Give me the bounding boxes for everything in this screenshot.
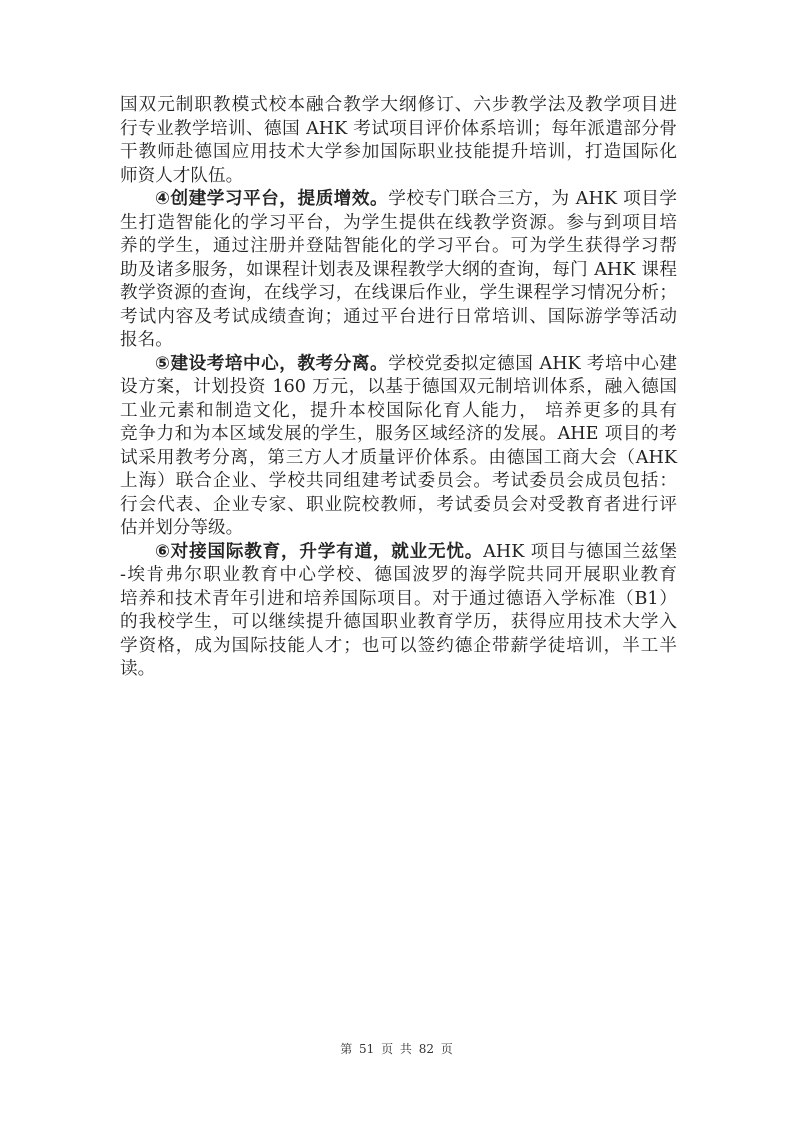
- text-line: 干教师赴德国应用技术大学参加国际职业技能提升培训，打造国际化: [120, 141, 677, 165]
- paragraph-first-line: ④创建学习平台，提质增效。学校专门联合三方，为 AHK 项目学: [120, 188, 677, 212]
- text-line: 助及诸多服务，如课程计划表及课程教学大纲的查询，每门 AHK 课程: [120, 259, 677, 283]
- paragraph-heading: ⑤建设考培中心，教考分离。: [155, 354, 388, 374]
- paragraph-first-line: ⑥对接国际教育，升学有道，就业无忧。AHK 项目与德国兰兹堡: [120, 541, 677, 565]
- text-line: 上海）联合企业、学校共同组建考试委员会。考试委员会成员包括：: [120, 470, 677, 494]
- text-span: 学校专门联合三方，为 AHK 项目学: [388, 189, 677, 209]
- text-line: 的我校学生，可以继续提升德国职业教育学历，获得应用技术大学入: [120, 611, 677, 635]
- text-line: 竞争力和为本区域发展的学生，服务区域经济的发展。AHE 项目的考: [120, 423, 677, 447]
- paragraph-exam-center: ⑤建设考培中心，教考分离。学校党委拟定德国 AHK 考培中心建 设方案，计划投资…: [120, 353, 677, 541]
- text-span: 学校党委拟定德国 AHK 考培中心建: [388, 354, 677, 374]
- paragraph-learning-platform: ④创建学习平台，提质增效。学校专门联合三方，为 AHK 项目学 生打造智能化的学…: [120, 188, 677, 353]
- page-number-footer: 第 51 页 共 82 页: [0, 1040, 793, 1057]
- text-line: 行会代表、企业专家、职业院校教师，考试委员会对受教育者进行评: [120, 494, 677, 518]
- paragraph-heading: ⑥对接国际教育，升学有道，就业无忧。: [155, 542, 483, 562]
- text-span: AHK 项目与德国兰兹堡: [483, 542, 677, 562]
- text-line: 设方案，计划投资 160 万元，以基于德国双元制培训体系，融入德国: [120, 376, 677, 400]
- paragraph-first-line: ⑤建设考培中心，教考分离。学校党委拟定德国 AHK 考培中心建: [120, 353, 677, 377]
- text-line: 估并划分等级。: [120, 517, 677, 541]
- text-line: 师资人才队伍。: [120, 165, 677, 189]
- paragraph-heading: ④创建学习平台，提质增效。: [155, 189, 388, 209]
- text-line: 生打造智能化的学习平台，为学生提供在线教学资源。参与到项目培: [120, 212, 677, 236]
- text-line: 国双元制职教模式校本融合教学大纲修订、六步教学法及教学项目进: [120, 94, 677, 118]
- document-body: 国双元制职教模式校本融合教学大纲修订、六步教学法及教学项目进 行专业教学培训、德…: [120, 94, 677, 682]
- text-line: 培养和技术青年引进和培养国际项目。对于通过德语入学标准（B1）: [120, 588, 677, 612]
- text-line: 养的学生，通过注册并登陆智能化的学习平台。可为学生获得学习帮: [120, 235, 677, 259]
- paragraph-international-education: ⑥对接国际教育，升学有道，就业无忧。AHK 项目与德国兰兹堡 -埃肯弗尔职业教育…: [120, 541, 677, 682]
- text-line: 报名。: [120, 329, 677, 353]
- text-line: 考试内容及考试成绩查询；通过平台进行日常培训、国际游学等活动: [120, 306, 677, 330]
- text-line: 工业元素和制造文化，提升本校国际化育人能力， 培养更多的具有: [120, 400, 677, 424]
- paragraph-continuation: 国双元制职教模式校本融合教学大纲修订、六步教学法及教学项目进 行专业教学培训、德…: [120, 94, 677, 188]
- text-line: 读。: [120, 658, 677, 682]
- text-line: 行专业教学培训、德国 AHK 考试项目评价体系培训；每年派遣部分骨: [120, 118, 677, 142]
- text-line: -埃肯弗尔职业教育中心学校、德国波罗的海学院共同开展职业教育: [120, 564, 677, 588]
- text-line: 学资格，成为国际技能人才；也可以签约德企带薪学徒培训，半工半: [120, 635, 677, 659]
- text-line: 教学资源的查询，在线学习，在线课后作业，学生课程学习情况分析；: [120, 282, 677, 306]
- text-line: 试采用教考分离，第三方人才质量评价体系。由德国工商大会（AHK: [120, 447, 677, 471]
